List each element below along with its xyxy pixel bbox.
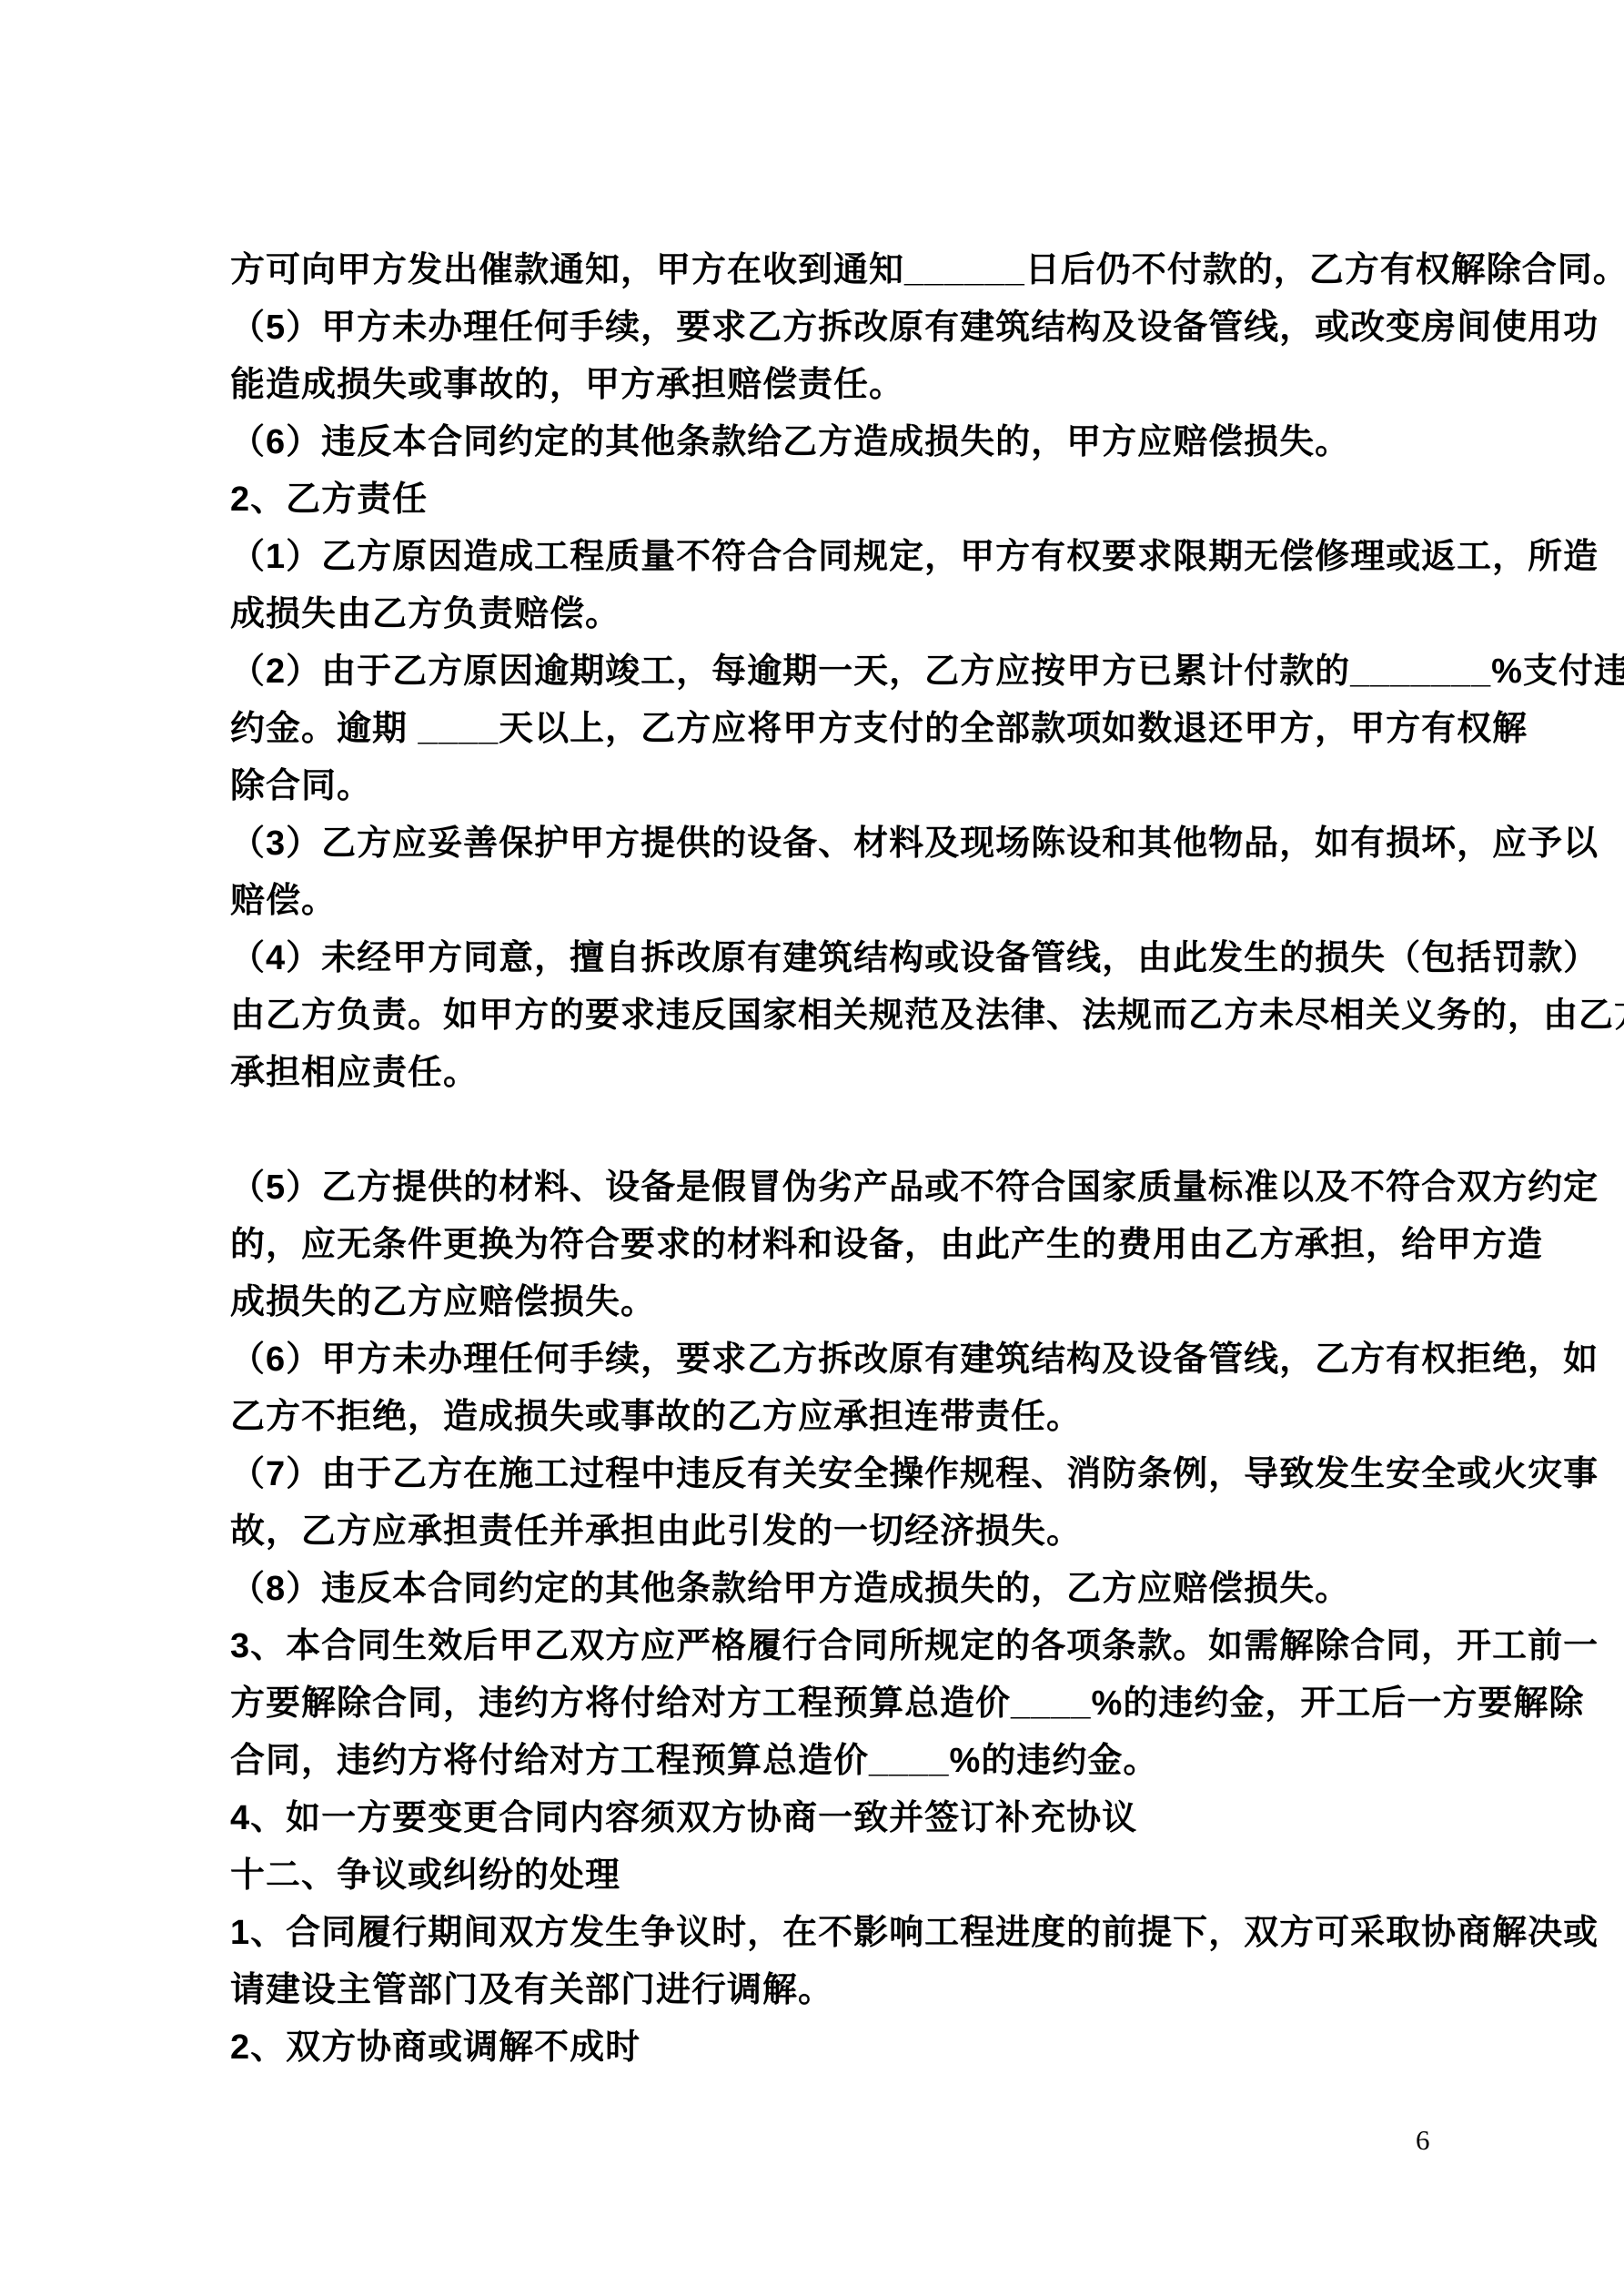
- contract-line: （4）未经甲方同意，擅自拆改原有建筑结构或设备管线，由此发生的损失（包括罚款）: [230, 930, 1495, 987]
- contract-line: 除合同。: [230, 758, 1495, 815]
- contract-line: （1）乙方原因造成工程质量不符合合同规定，甲方有权要求限期无偿修理或返工，所造: [230, 529, 1495, 586]
- contract-line: （5）乙方提供的材料、设备是假冒伪劣产品或不符合国家质量标准以及不符合双方约定: [230, 1159, 1495, 1217]
- contract-line: 乙方不拒绝，造成损失或事故的乙方应承担连带责任。: [230, 1389, 1495, 1446]
- contract-line: （7）由于乙方在施工过程中违反有关安全操作规程、消防条例，导致发生安全或火灾事: [230, 1446, 1495, 1503]
- contract-line: 故，乙方应承担责任并承担由此引发的一切经济损失。: [230, 1503, 1495, 1561]
- contract-line: 3、本合同生效后甲乙双方应严格履行合同所规定的各项条款。如需解除合同，开工前一: [230, 1618, 1495, 1675]
- contract-line: （6）甲方未办理任何手续，要求乙方拆改原有建筑结构及设备管线，乙方有权拒绝，如: [230, 1331, 1495, 1389]
- page-number: 6: [1416, 2124, 1430, 2157]
- document-page: 方可向甲方发出催款通知，甲方在收到通知______日后仍不付款的，乙方有权解除合…: [0, 0, 1624, 2296]
- contract-text-block: 方可向甲方发出催款通知，甲方在收到通知______日后仍不付款的，乙方有权解除合…: [230, 242, 1495, 2077]
- contract-line: 赔偿。: [230, 873, 1495, 930]
- contract-line: 合同，违约方将付给对方工程预算总造价____%的违约金。: [230, 1733, 1495, 1790]
- contract-line: 方可向甲方发出催款通知，甲方在收到通知______日后仍不付款的，乙方有权解除合…: [230, 242, 1495, 299]
- contract-line: 1、合同履行期间双方发生争议时，在不影响工程进度的前提下，双方可采取协商解决或: [230, 1905, 1495, 1962]
- contract-line: 方要解除合同，违约方将付给对方工程预算总造价____%的违约金，开工后一方要解除: [230, 1675, 1495, 1733]
- contract-line: （8）违反本合同约定的其他条款给甲方造成损失的，乙方应赔偿损失。: [230, 1561, 1495, 1618]
- contract-line: 成损失的乙方应赔偿损失。: [230, 1274, 1495, 1331]
- contract-line: 请建设主管部门及有关部门进行调解。: [230, 1962, 1495, 2019]
- contract-line: （6）违反本合同约定的其他条款给乙方造成损失的，甲方应赔偿损失。: [230, 414, 1495, 471]
- contract-line: 的，应无条件更换为符合要求的材料和设备，由此产生的费用由乙方承担，给甲方造: [230, 1217, 1495, 1274]
- section-heading: 十二、争议或纠纷的处理: [230, 1847, 1495, 1905]
- contract-line: 2、双方协商或调解不成时: [230, 2019, 1495, 2077]
- contract-line: 2、乙方责任: [230, 471, 1495, 529]
- contract-line: 成损失由乙方负责赔偿。: [230, 586, 1495, 643]
- contract-line: 能造成损失或事故的，甲方承担赔偿责任。: [230, 357, 1495, 414]
- blank-line: [230, 1102, 1495, 1159]
- contract-line: （5）甲方未办理任何手续，要求乙方拆改原有建筑结构及设备管线，或改变房间使用功: [230, 299, 1495, 357]
- contract-line: 4、如一方要变更合同内容须双方协商一致并签订补充协议: [230, 1790, 1495, 1847]
- contract-line: （2）由于乙方原因逾期竣工，每逾期一天，乙方应按甲方已累计付款的_______%…: [230, 643, 1495, 701]
- contract-line: （3）乙方应妥善保护甲方提供的设备、材料及现场陈设和其他物品，如有损坏，应予以: [230, 815, 1495, 873]
- contract-line: 约金。逾期 ____天以上，乙方应将甲方支付的全部款项如数退还甲方，甲方有权解: [230, 701, 1495, 758]
- contract-line: 由乙方负责。如甲方的要求违反国家相关规范及法律、法规而乙方未尽相关义务的，由乙方: [230, 987, 1495, 1045]
- contract-line: 承担相应责任。: [230, 1045, 1495, 1102]
